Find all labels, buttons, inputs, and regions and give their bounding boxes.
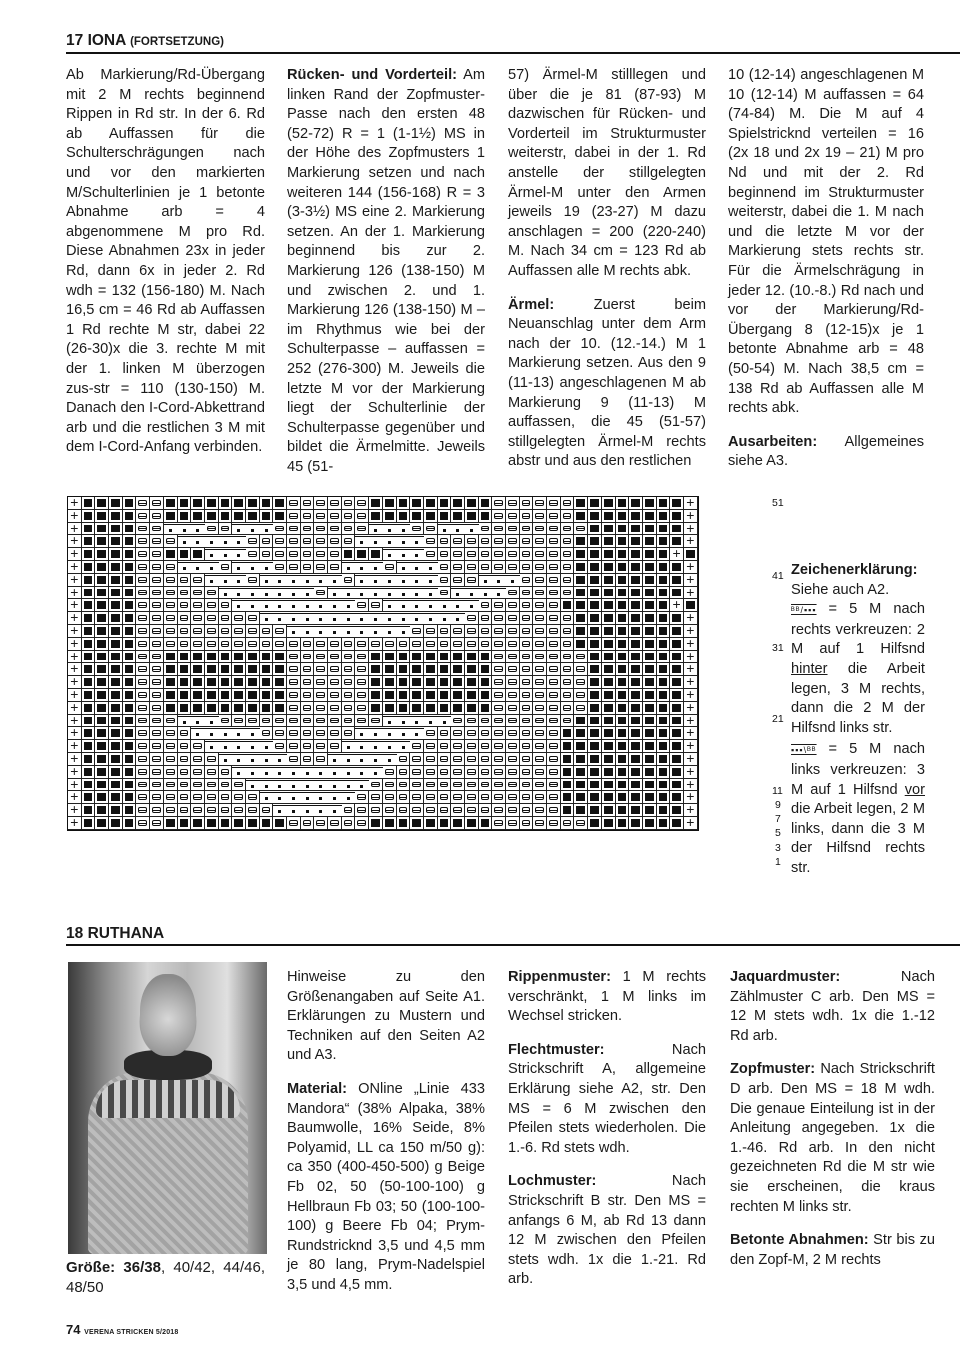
purl-stitch-icon [150,727,164,740]
purl-stitch-icon [424,523,438,536]
knit-stitch-icon [602,676,616,689]
purl-stitch-icon [533,625,547,638]
purl-stitch-icon [424,791,438,804]
knit-stitch-icon [602,804,616,817]
knit-stitch-icon [191,497,205,510]
purl-stitch-icon [355,804,369,817]
purl-stitch-icon [150,663,164,676]
cable-cross-icon [301,574,315,587]
purl-stitch-icon [533,740,547,753]
cable-cross-icon [383,535,397,548]
purl-stitch-icon [506,740,520,753]
knit-stitch-icon [657,574,671,587]
knit-stitch-icon [219,497,233,510]
purl-stitch-icon [547,599,561,612]
purl-stitch-icon [355,676,369,689]
knit-stitch-icon [479,702,493,715]
knit-stitch-icon [82,804,96,817]
purl-stitch-icon [561,612,575,625]
cable-cross-icon [232,599,246,612]
purl-stitch-icon [301,535,315,548]
knit-stitch-icon [438,702,452,715]
purl-stitch-icon [178,766,192,779]
purl-stitch-icon [301,727,315,740]
purl-stitch-icon [287,727,301,740]
cable-cross-icon [369,727,383,740]
row-label: 3 [775,843,781,854]
purl-stitch-icon [438,625,452,638]
knit-stitch-icon [616,612,630,625]
section-title: IONA [88,32,126,49]
purl-stitch-icon [383,804,397,817]
knit-stitch-icon [643,535,657,548]
purl-stitch-icon [150,740,164,753]
knit-stitch-icon [410,497,424,510]
purl-stitch-icon [191,753,205,766]
knit-stitch-icon [424,663,438,676]
section-number: 17 [66,32,83,49]
knit-stitch-icon [588,817,602,830]
knit-stitch-icon [561,753,575,766]
purl-stitch-icon [369,599,383,612]
knit-stitch-icon [205,663,219,676]
knit-stitch-icon [602,651,616,664]
purl-stitch-icon [561,625,575,638]
purl-stitch-icon [136,702,150,715]
knit-stitch-icon [205,817,219,830]
knit-stitch-icon [355,548,369,561]
knit-stitch-icon [205,651,219,664]
knit-stitch-icon [109,727,123,740]
cable-cross-icon [287,766,301,779]
purl-stitch-icon [342,497,356,510]
purl-stitch-icon [287,676,301,689]
knit-stitch-icon [123,817,137,830]
purl-stitch-icon [479,740,493,753]
purl-stitch-icon [287,535,301,548]
knit-stitch-icon [602,574,616,587]
text-column-7: Jaquardmuster: Nach Zählmuster C arb. De… [730,968,935,1284]
purl-stitch-icon [492,779,506,792]
cable-cross-icon [328,587,342,600]
knit-stitch-icon [616,651,630,664]
edge-stitch-icon [68,817,82,830]
purl-stitch-icon [410,791,424,804]
cable-cross-icon [273,753,287,766]
knit-stitch-icon [602,523,616,536]
knit-stitch-icon [643,523,657,536]
purl-stitch-icon [328,689,342,702]
knit-stitch-icon [260,817,274,830]
knit-stitch-icon [438,510,452,523]
purl-stitch-icon [273,548,287,561]
purl-stitch-icon [150,817,164,830]
knit-stitch-icon [602,548,616,561]
knit-stitch-icon [438,651,452,664]
purl-stitch-icon [150,599,164,612]
knit-stitch-icon [643,625,657,638]
purl-stitch-icon [479,779,493,792]
purl-stitch-icon [342,510,356,523]
knit-stitch-icon [232,689,246,702]
purl-stitch-icon [287,497,301,510]
purl-stitch-icon [547,727,561,740]
knit-stitch-icon [82,817,96,830]
knit-stitch-icon [109,612,123,625]
purl-stitch-icon [397,791,411,804]
knit-stitch-icon [451,676,465,689]
purl-stitch-icon [150,753,164,766]
knit-stitch-icon [273,689,287,702]
knit-stitch-icon [561,766,575,779]
purl-stitch-icon [164,779,178,792]
row-label: 51 [772,498,784,509]
knit-stitch-icon [178,497,192,510]
cable-cross-icon [438,523,452,536]
purl-stitch-icon [246,804,260,817]
cable-cross-icon [355,740,369,753]
purl-stitch-icon [533,574,547,587]
purl-stitch-icon [273,561,287,574]
purl-stitch-icon [506,561,520,574]
knit-stitch-icon [479,689,493,702]
paragraph-heading: Jaquardmuster: [730,969,840,985]
purl-stitch-icon [136,727,150,740]
cable-cross-icon [287,804,301,817]
knit-stitch-icon [479,663,493,676]
knit-stitch-icon [670,779,684,792]
purl-stitch-icon [506,676,520,689]
row-label: 21 [772,714,784,725]
knit-stitch-icon [616,740,630,753]
cable-cross-icon [219,727,233,740]
purl-stitch-icon [506,612,520,625]
purl-stitch-icon [355,510,369,523]
cable-cross-icon [314,599,328,612]
knit-stitch-icon [205,676,219,689]
purl-stitch-icon [191,791,205,804]
purl-stitch-icon [232,625,246,638]
knit-stitch-icon [465,651,479,664]
purl-stitch-icon [410,740,424,753]
purl-stitch-icon [232,791,246,804]
knit-stitch-icon [109,740,123,753]
cable-cross-icon [219,574,233,587]
knit-stitch-icon [109,587,123,600]
text-column-7-clip: Jaquardmuster: Nach Zählmuster C arb. De… [730,968,960,1298]
purl-stitch-icon [451,625,465,638]
purl-stitch-icon [178,612,192,625]
cable-cross-icon [410,587,424,600]
cable-cross-icon [246,523,260,536]
knit-stitch-icon [643,779,657,792]
purl-stitch-icon [506,817,520,830]
purl-stitch-icon [492,791,506,804]
purl-stitch-icon [178,587,192,600]
purl-stitch-icon [136,535,150,548]
purl-stitch-icon [314,651,328,664]
knit-stitch-icon [588,548,602,561]
section-subtitle: (FORTSETZUNG) [130,36,224,48]
paragraph: 57) Ärmel-M stilllegen und über die je 8… [508,66,706,282]
knit-stitch-icon [616,561,630,574]
purl-stitch-icon [383,766,397,779]
purl-stitch-icon [506,625,520,638]
section-17-heading: 17 IONA (FORTSETZUNG) [66,32,960,54]
knit-stitch-icon [451,651,465,664]
knit-stitch-icon [574,612,588,625]
knit-stitch-icon [465,676,479,689]
knit-stitch-icon [451,702,465,715]
knit-stitch-icon [643,638,657,651]
cable-cross-icon [424,715,438,728]
purl-stitch-icon [438,561,452,574]
knit-stitch-icon [616,599,630,612]
knit-stitch-icon [670,625,684,638]
purl-stitch-icon [438,535,452,548]
purl-stitch-icon [533,651,547,664]
purl-stitch-icon [465,535,479,548]
cable-cross-icon [342,766,356,779]
paragraph-heading: Zopfmuster: [730,1061,815,1077]
purl-stitch-icon [150,587,164,600]
knit-stitch-icon [479,510,493,523]
cable-cross-icon [246,753,260,766]
purl-stitch-icon [451,753,465,766]
cable-cross-icon [369,535,383,548]
cable-cross-icon [232,535,246,548]
purl-stitch-icon [492,689,506,702]
knit-stitch-icon [643,651,657,664]
cable-cross-icon [342,599,356,612]
purl-stitch-icon [451,727,465,740]
row-label: 9 [775,800,781,811]
cable-cross-icon [424,574,438,587]
knit-stitch-icon [95,791,109,804]
knit-stitch-icon [438,676,452,689]
knit-stitch-icon [629,702,643,715]
purl-stitch-icon [205,612,219,625]
purl-stitch-icon [561,510,575,523]
cable-cross-icon [479,574,493,587]
purl-stitch-icon [136,574,150,587]
knit-stitch-icon [588,753,602,766]
knit-stitch-icon [574,625,588,638]
purl-stitch-icon [533,817,547,830]
purl-stitch-icon [314,523,328,536]
purl-stitch-icon [164,791,178,804]
knit-stitch-icon [95,625,109,638]
knit-stitch-icon [178,651,192,664]
purl-stitch-icon [479,766,493,779]
cable-cross-icon [205,727,219,740]
knit-stitch-icon [109,676,123,689]
purl-stitch-icon [205,587,219,600]
purl-stitch-icon [287,689,301,702]
purl-stitch-icon [301,702,315,715]
purl-stitch-icon [191,574,205,587]
knit-stitch-icon [95,651,109,664]
knit-stitch-icon [219,817,233,830]
cable-cross-icon [397,523,411,536]
purl-stitch-icon [479,638,493,651]
knit-stitch-icon [410,663,424,676]
knit-stitch-icon [629,548,643,561]
knit-stitch-icon [191,651,205,664]
purl-stitch-icon [136,766,150,779]
knit-stitch-icon [438,689,452,702]
purl-stitch-icon [492,753,506,766]
knit-stitch-icon [670,753,684,766]
purl-stitch-icon [150,689,164,702]
purl-stitch-icon [547,561,561,574]
purl-stitch-icon [438,779,452,792]
knit-stitch-icon [574,715,588,728]
purl-stitch-icon [479,561,493,574]
purl-stitch-icon [219,523,233,536]
purl-stitch-icon [451,740,465,753]
knit-stitch-icon [95,689,109,702]
purl-stitch-icon [410,753,424,766]
purl-stitch-icon [328,548,342,561]
purl-stitch-icon [533,804,547,817]
cable-cross-icon [219,548,233,561]
purl-stitch-icon [506,663,520,676]
purl-stitch-icon [136,638,150,651]
cable-cross-icon [260,740,274,753]
knit-stitch-icon [383,497,397,510]
knit-stitch-icon [397,689,411,702]
purl-stitch-icon [506,702,520,715]
knit-stitch-icon [602,638,616,651]
cable-cross-icon [328,574,342,587]
row-label: 1 [775,857,781,868]
purl-stitch-icon [287,510,301,523]
paragraph: Ärmel: Zuerst beim Neuanschlag unter dem… [508,296,706,472]
knit-stitch-icon [164,702,178,715]
purl-stitch-icon [369,791,383,804]
knit-stitch-icon [588,497,602,510]
knit-stitch-icon [95,740,109,753]
cable-cross-icon [178,535,192,548]
knit-stitch-icon [123,587,137,600]
magazine-name: VERENA STRICKEN 5/2018 [84,1329,178,1336]
purl-stitch-icon [479,727,493,740]
head-shape [140,974,196,1056]
purl-stitch-icon [561,702,575,715]
purl-stitch-icon [492,497,506,510]
purl-stitch-icon [164,625,178,638]
purl-stitch-icon [191,766,205,779]
purl-stitch-icon [561,638,575,651]
purl-stitch-icon [410,638,424,651]
knit-stitch-icon [191,510,205,523]
purl-stitch-icon [533,510,547,523]
purl-stitch-icon [150,676,164,689]
purl-stitch-icon [178,638,192,651]
cable-cross-icon [178,715,192,728]
knit-stitch-icon [657,523,671,536]
knit-stitch-icon [95,663,109,676]
knit-stitch-icon [588,523,602,536]
cable-cross-icon [342,779,356,792]
knit-stitch-icon [574,727,588,740]
cable-cross-icon [273,779,287,792]
knit-stitch-icon [232,497,246,510]
purl-stitch-icon [136,804,150,817]
cable-cross-icon [273,766,287,779]
cable-cross-icon [397,587,411,600]
edge-stitch-icon [670,599,684,612]
purl-stitch-icon [178,574,192,587]
purl-stitch-icon [219,612,233,625]
page-footer: 74 VERENA STRICKEN 5/2018 [66,1322,179,1337]
knit-stitch-icon [657,740,671,753]
purl-stitch-icon [287,715,301,728]
purl-stitch-icon [561,663,575,676]
knit-stitch-icon [246,663,260,676]
knit-stitch-icon [629,625,643,638]
purl-stitch-icon [136,612,150,625]
cable-cross-icon [383,740,397,753]
knit-stitch-icon [588,638,602,651]
cable-cross-icon [178,561,192,574]
purl-stitch-icon [438,804,452,817]
paragraph: Flechtmuster: Nach Strickschrift A, allg… [508,1041,706,1159]
knit-stitch-icon [109,817,123,830]
knit-stitch-icon [643,753,657,766]
knit-stitch-icon [657,548,671,561]
purl-stitch-icon [136,625,150,638]
cable-cross-icon [164,523,178,536]
knit-stitch-icon [588,715,602,728]
knit-stitch-icon [109,548,123,561]
knit-stitch-icon [178,689,192,702]
cable-cross-icon [191,561,205,574]
left-cross-symbol-icon: ▪▪▪\ᴮᴮ [791,741,817,761]
knit-stitch-icon [657,766,671,779]
text-column-2: Rücken- und Vorderteil: Am linken Rand d… [287,66,485,491]
paragraph: Material: ONline „Linie 433 Mandora“ (38… [287,1080,485,1296]
knit-stitch-icon [383,817,397,830]
purl-stitch-icon [191,779,205,792]
purl-stitch-icon [465,740,479,753]
knit-stitch-icon [273,510,287,523]
knit-stitch-icon [588,651,602,664]
cable-cross-icon [178,523,192,536]
purl-stitch-icon [533,535,547,548]
paragraph-heading: Ärmel: [508,297,554,313]
purl-stitch-icon [410,625,424,638]
size-bold: 36/38 [123,1259,161,1276]
knit-stitch-icon [109,535,123,548]
purl-stitch-icon [342,727,356,740]
knit-stitch-icon [588,804,602,817]
purl-stitch-icon [136,599,150,612]
purl-stitch-icon [465,727,479,740]
purl-stitch-icon [205,625,219,638]
knit-stitch-icon [465,663,479,676]
knit-stitch-icon [95,766,109,779]
knit-stitch-icon [95,535,109,548]
purl-stitch-icon [492,625,506,638]
knit-stitch-icon [438,663,452,676]
purl-stitch-icon [506,510,520,523]
purl-stitch-icon [246,574,260,587]
knit-stitch-icon [424,510,438,523]
purl-stitch-icon [355,651,369,664]
cable-cross-icon [492,574,506,587]
